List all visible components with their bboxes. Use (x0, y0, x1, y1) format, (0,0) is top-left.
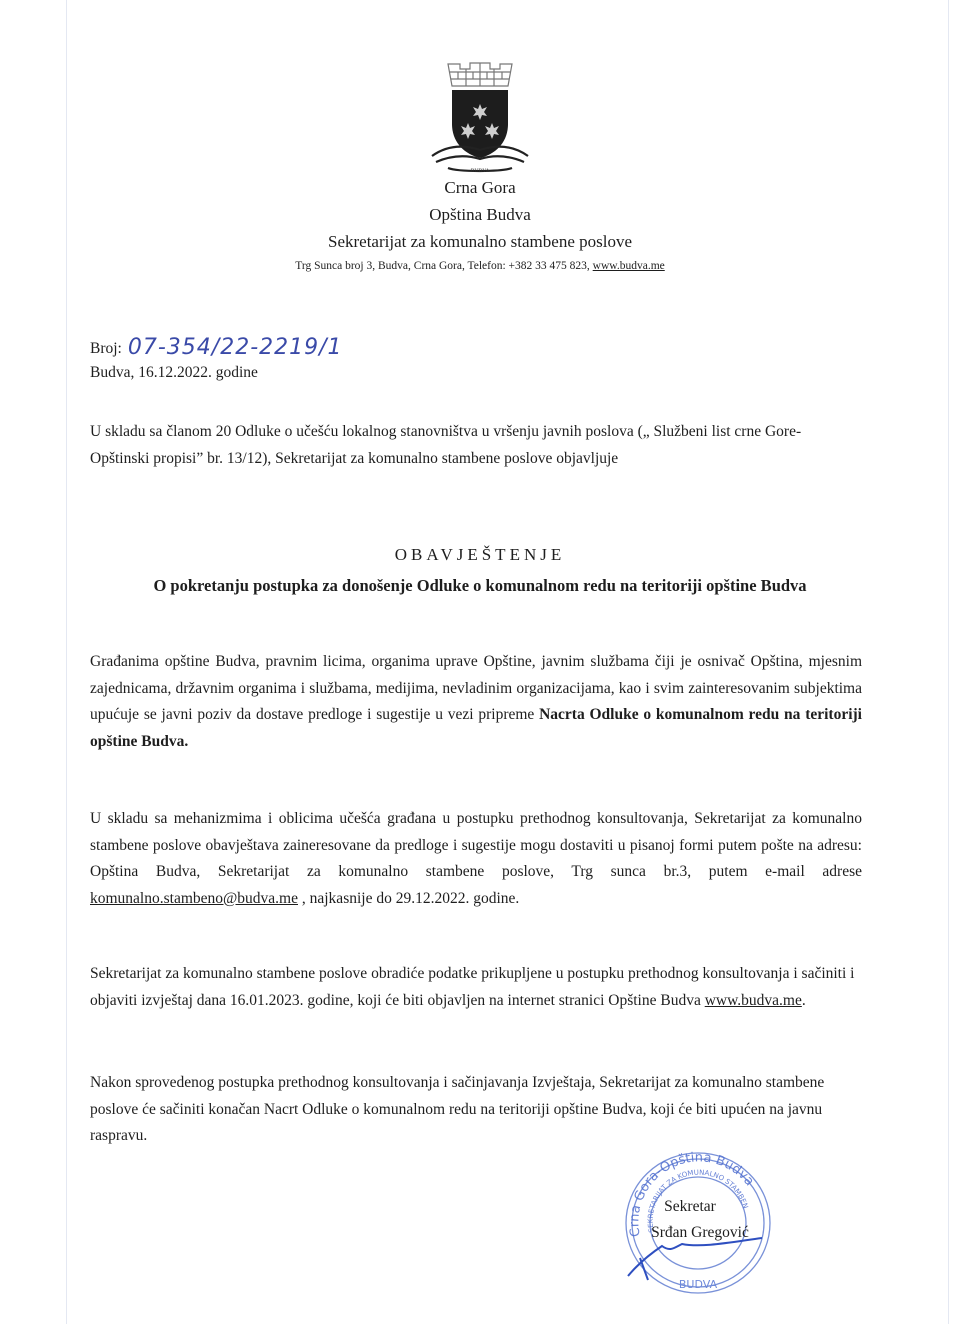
contact-text: Trg Sunca broj 3, Budva, Crna Gora, Tele… (295, 260, 592, 272)
crest-ribbon-text: BUDVA (471, 168, 490, 174)
page-left-edge (66, 0, 67, 1324)
document-subtitle: O pokretanju postupka za donošenje Odluk… (0, 573, 960, 599)
p2-tail: , najkasnije do 29.12.2022. godine. (298, 890, 519, 907)
reference-date: Budva, 16.12.2022. godine (90, 364, 258, 382)
paragraph-final-draft: Nakon sprovedenog postupka prethodnog ko… (90, 1070, 862, 1150)
svg-text:BUDVA: BUDVA (679, 1278, 718, 1291)
email-link[interactable]: komunalno.stambeno@budva.me (90, 890, 298, 907)
official-stamp-icon: Crna Gora-Opština Budva SEKRETARIJAT ZA … (618, 1148, 778, 1298)
header-municipality: Opština Budva (0, 205, 960, 225)
document-title: OBAVJEŠTENJE (0, 545, 960, 565)
website-link-body[interactable]: www.budva.me (705, 992, 802, 1009)
intro-paragraph: U skladu sa članom 20 Odluke o učešću lo… (90, 419, 810, 472)
header-secretariat: Sekretarijat za komunalno stambene poslo… (0, 232, 960, 252)
header-contact: Trg Sunca broj 3, Budva, Crna Gora, Tele… (0, 260, 960, 272)
header-country: Crna Gora (0, 178, 960, 198)
coat-of-arms-icon: BUDVA (418, 52, 542, 176)
reference-number-label: Broj: (90, 340, 122, 357)
p2-text: U skladu sa mehanizmima i oblicima učešć… (90, 810, 862, 880)
paragraph-submission: U skladu sa mehanizmima i oblicima učešć… (90, 806, 862, 912)
reference-number: Broj:07-354/22-2219/1 (90, 334, 343, 359)
signatory-role: Sekretar (650, 1198, 730, 1216)
p3-tail: . (802, 992, 806, 1009)
signatory-name: Srđan Gregović (630, 1224, 770, 1242)
paragraph-public-call: Građanima opštine Budva, pravnim licima,… (90, 649, 862, 755)
page-right-edge (948, 0, 949, 1324)
website-link[interactable]: www.budva.me (593, 260, 665, 272)
reference-number-value: 07-354/22-2219/1 (128, 335, 343, 360)
paragraph-report: Sekretarijat za komunalno stambene poslo… (90, 961, 862, 1014)
